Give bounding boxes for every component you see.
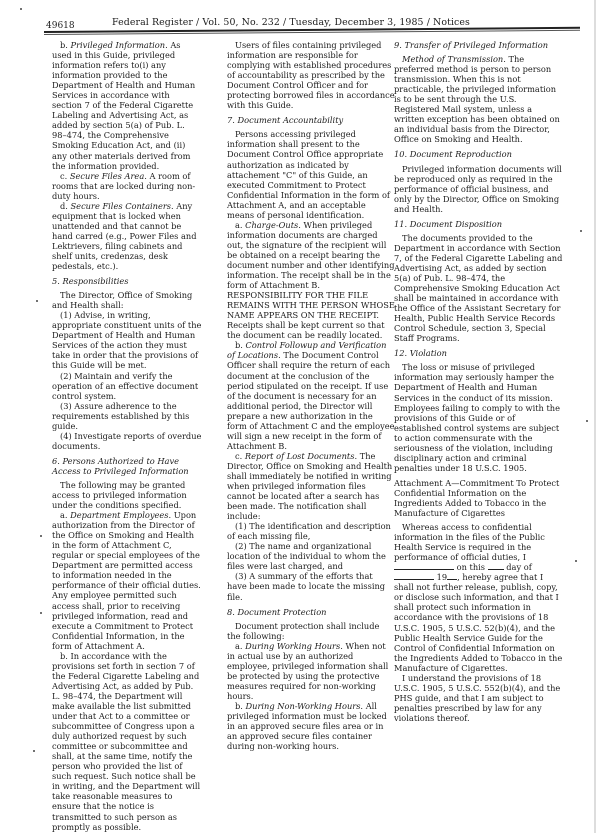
section-heading-8: 8. Document Protection (227, 607, 395, 617)
column-1: b. Privileged Information. As used in th… (52, 40, 202, 832)
scan-speck (40, 535, 42, 537)
month-blank (394, 572, 434, 580)
paragraph: Users of files containing privileged inf… (227, 40, 395, 110)
paragraph: b. In accordance with the provisions set… (52, 651, 202, 832)
section-heading-11: 11. Document Disposition (394, 219, 564, 229)
attachment-a-paragraph-1: Whereas access to confidential informati… (394, 522, 564, 673)
scan-speck (40, 612, 42, 614)
paragraph: (1) The identification and description o… (227, 521, 395, 541)
paragraph: The Director, Office of Smoking and Heal… (52, 290, 202, 310)
definition-secure-files-containers: d. Secure Files Containers. Any equipmen… (52, 201, 202, 271)
paragraph-non-working-hours: b. During Non-Working Hours. All privile… (227, 701, 395, 751)
paragraph: (2) The name and organizational location… (227, 541, 395, 571)
paragraph-charge-outs: a. Charge-Outs. When privileged informat… (227, 220, 395, 341)
paragraph: The loss or misuse of privileged informa… (394, 362, 564, 473)
section-heading-7: 7. Document Accountability (227, 115, 395, 125)
definition-privileged-information: b. Privileged Information. As used in th… (52, 40, 202, 171)
section-heading-5: 5. Responsibilities (52, 276, 202, 286)
paragraph: Document protection shall include the fo… (227, 621, 395, 641)
document-page: 49618 Federal Register / Vol. 50, No. 23… (0, 0, 600, 833)
attachment-a-title: Attachment A—Commitment To Protect Confi… (394, 478, 564, 518)
term: Secure Files Containers. (71, 201, 174, 211)
term: Privileged Information. (71, 40, 168, 50)
paragraph: The following may be granted access to p… (52, 480, 202, 510)
paragraph: (4) Investigate reports of overdue docum… (52, 431, 202, 451)
paragraph: (1) Advise, in writing, appropriate cons… (52, 310, 202, 370)
paragraph: (2) Maintain and verify the operation of… (52, 371, 202, 401)
term: Charge-Outs. (245, 220, 301, 230)
paragraph-working-hours: a. During Working Hours. When not in act… (227, 641, 395, 701)
scan-speck (575, 560, 577, 562)
paragraph: The documents provided to the Department… (394, 233, 564, 344)
scan-speck (586, 420, 588, 422)
paragraph: (3) A summary of the efforts that have b… (227, 571, 395, 601)
term: During Working Hours. (245, 641, 343, 651)
attachment-a-paragraph-2: I understand the provisions of 18 U.S.C.… (394, 673, 564, 723)
section-heading-12: 12. Violation (394, 348, 564, 358)
term: Secure Files Area. (70, 171, 147, 181)
paragraph-department-employees: a. Department Employees. Upon authorizat… (52, 510, 202, 651)
term: Method of Transmission. (402, 54, 506, 64)
paragraph-method-of-transmission: Method of Transmission. The preferred me… (394, 54, 564, 144)
definition-secure-files-area: c. Secure Files Area. A room of rooms th… (52, 171, 202, 201)
paragraph-lost-documents: c. Report of Lost Documents. The Directo… (227, 451, 395, 521)
term: Department Employees. (70, 510, 171, 520)
scan-speck (36, 300, 38, 302)
section-heading-6: 6. Persons Authorized to Have Access to … (52, 456, 202, 476)
year-blank (447, 572, 457, 580)
paragraph: (3) Assure adherence to the requirements… (52, 401, 202, 431)
section-heading-9: 9. Transfer of Privileged Information (394, 40, 564, 50)
paragraph-control-followup: b. Control Followup and Verification of … (227, 340, 395, 451)
section-heading-10: 10. Document Reproduction (394, 149, 564, 159)
scan-speck (20, 8, 22, 10)
name-blank (394, 562, 454, 570)
term: Report of Lost Documents. (245, 451, 357, 461)
column-2: Users of files containing privileged inf… (227, 40, 395, 751)
scan-speck (580, 230, 582, 232)
scan-edge (594, 0, 596, 833)
column-3: 9. Transfer of Privileged Information Me… (394, 40, 564, 723)
scan-speck (33, 750, 35, 752)
paragraph: Privileged information documents will be… (394, 164, 564, 214)
paragraph: Persons accessing privileged information… (227, 129, 395, 219)
term: During Non-Working Hours. (246, 701, 364, 711)
day-blank (488, 562, 504, 570)
